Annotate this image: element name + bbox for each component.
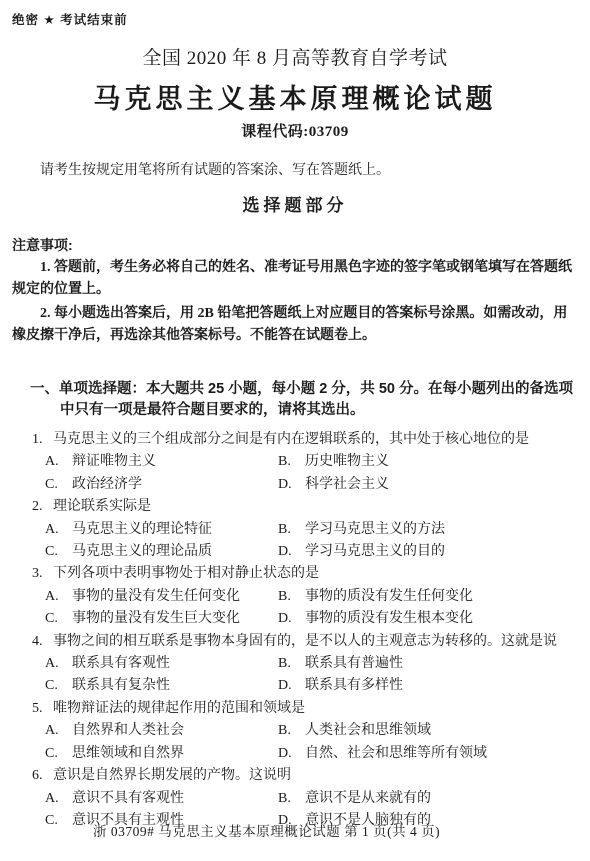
option-text: 思维领域和自然界	[72, 746, 184, 761]
option-b: B.学习马克思主义的方法	[278, 519, 578, 541]
option-label: C.	[45, 541, 72, 563]
option-b: B.历史唯物主义	[278, 451, 578, 473]
option-text: 马克思主义的理论品质	[72, 544, 212, 559]
exam-page: 绝密 ★ 考试结束前 全国 2020 年 8 月高等教育自学考试 马克思主义基本…	[0, 0, 590, 832]
option-label: C.	[45, 675, 72, 697]
option-text: 马克思主义的理论特征	[72, 522, 212, 537]
option-d: D.学习马克思主义的目的	[278, 541, 578, 563]
question-stem: 事物之间的相互联系是事物本身固有的，是不以人的主观意志为转移的。这就是说	[53, 631, 578, 653]
option-text: 科学社会主义	[305, 477, 389, 492]
section-title: 选择题部分	[12, 191, 578, 216]
option-d: D.自然、社会和思维等所有领域	[278, 743, 578, 765]
option-b: B.意识不是从来就有的	[278, 788, 578, 810]
option-label: C.	[45, 474, 72, 496]
option-a: A.马克思主义的理论特征	[45, 519, 278, 541]
option-a: A.辩证唯物主义	[45, 451, 278, 473]
option-c: C.事物的量没有发生巨大变化	[45, 608, 278, 630]
question-stem: 理论联系实际是	[53, 496, 578, 518]
option-b: B.事物的质没有发生任何变化	[278, 586, 578, 608]
question-3: 3. 下列各项中表明事物处于相对静止状态的是 A.事物的量没有发生任何变化 B.…	[12, 563, 578, 630]
question-1: 1. 马克思主义的三个组成部分之间是有内在逻辑联系的，其中处于核心地位的是 A.…	[12, 429, 578, 496]
option-b: B.人类社会和思维领域	[278, 720, 578, 742]
question-number: 5.	[32, 698, 53, 720]
option-text: 事物的质没有发生任何变化	[305, 589, 473, 604]
option-d: D.科学社会主义	[278, 474, 578, 496]
question-stem: 马克思主义的三个组成部分之间是有内在逻辑联系的，其中处于核心地位的是	[53, 429, 578, 451]
question-options: A.自然界和人类社会 B.人类社会和思维领域 C.思维领域和自然界 D.自然、社…	[45, 720, 578, 765]
option-a: A.事物的量没有发生任何变化	[45, 586, 278, 608]
exam-session: 全国 2020 年 8 月高等教育自学考试	[12, 43, 578, 70]
option-text: 事物的量没有发生任何变化	[72, 589, 240, 604]
option-text: 政治经济学	[72, 477, 142, 492]
option-b: B.联系具有普遍性	[278, 653, 578, 675]
option-text: 联系具有多样性	[305, 678, 403, 693]
question-number: 6.	[32, 765, 53, 787]
option-text: 学习马克思主义的方法	[305, 522, 445, 537]
question-number: 1.	[32, 429, 53, 451]
option-c: C.马克思主义的理论品质	[45, 541, 278, 563]
option-label: A.	[45, 519, 72, 541]
question-options: A.联系具有客观性 B.联系具有普遍性 C.联系具有复杂性 D.联系具有多样性	[45, 653, 578, 698]
option-d: D.联系具有多样性	[278, 675, 578, 697]
option-text: 自然、社会和思维等所有领域	[305, 746, 487, 761]
option-label: A.	[45, 788, 72, 810]
title-block: 全国 2020 年 8 月高等教育自学考试 马克思主义基本原理概论试题 课程代码…	[12, 43, 578, 141]
option-label: D.	[278, 608, 305, 630]
option-c: C.思维领域和自然界	[45, 743, 278, 765]
option-label: A.	[45, 586, 72, 608]
option-label: B.	[278, 653, 305, 675]
option-label: D.	[278, 541, 305, 563]
option-text: 历史唯物主义	[305, 454, 389, 469]
exam-title: 马克思主义基本原理概论试题	[12, 77, 578, 116]
option-label: C.	[45, 743, 72, 765]
option-label: D.	[278, 675, 305, 697]
question-options: A.辩证唯物主义 B.历史唯物主义 C.政治经济学 D.科学社会主义	[45, 451, 578, 496]
part-one-heading: 一、单项选择题：本大题共 25 小题，每小题 2 分，共 50 分。在每小题列出…	[30, 379, 578, 421]
option-text: 自然界和人类社会	[72, 723, 184, 738]
answer-sheet-instruction: 请考生按规定用笔将所有试题的答案涂、写在答题纸上。	[12, 160, 578, 182]
option-c: C.联系具有复杂性	[45, 675, 278, 697]
question-2: 2. 理论联系实际是 A.马克思主义的理论特征 B.学习马克思主义的方法 C.马…	[12, 496, 578, 563]
option-text: 事物的质没有发生根本变化	[305, 611, 473, 626]
option-label: C.	[45, 810, 72, 832]
option-label: C.	[45, 608, 72, 630]
option-text: 联系具有普遍性	[305, 656, 403, 671]
option-label: B.	[278, 451, 305, 473]
question-options: A.事物的量没有发生任何变化 B.事物的质没有发生任何变化 C.事物的量没有发生…	[45, 586, 578, 631]
question-stem: 意识是自然界长期发展的产物。这说明	[53, 765, 578, 787]
option-text: 联系具有复杂性	[72, 678, 170, 693]
option-text: 辩证唯物主义	[72, 454, 156, 469]
option-text: 意识不具有客观性	[72, 791, 184, 806]
option-label: B.	[278, 788, 305, 810]
question-5: 5. 唯物辩证法的规律起作用的范围和领域是 A.自然界和人类社会 B.人类社会和…	[12, 698, 578, 765]
question-options: A.马克思主义的理论特征 B.学习马克思主义的方法 C.马克思主义的理论品质 D…	[45, 519, 578, 564]
course-code: 课程代码:03709	[12, 120, 578, 141]
option-label: A.	[45, 720, 72, 742]
question-4: 4. 事物之间的相互联系是事物本身固有的，是不以人的主观意志为转移的。这就是说 …	[12, 631, 578, 698]
option-text: 联系具有客观性	[72, 656, 170, 671]
note-2: 2. 每小题选出答案后，用 2B 铅笔把答题纸上对应题目的答案标号涂黑。如需改动…	[12, 303, 578, 347]
option-a: A.意识不具有客观性	[45, 788, 278, 810]
option-label: B.	[278, 519, 305, 541]
option-label: B.	[278, 720, 305, 742]
option-c: C.政治经济学	[45, 474, 278, 496]
option-text: 人类社会和思维领域	[305, 723, 431, 738]
option-a: A.联系具有客观性	[45, 653, 278, 675]
option-text: 事物的量没有发生巨大变化	[72, 611, 240, 626]
option-label: A.	[45, 451, 72, 473]
question-number: 2.	[32, 496, 53, 518]
option-text: 学习马克思主义的目的	[305, 544, 445, 559]
option-label: B.	[278, 586, 305, 608]
classification-banner: 绝密 ★ 考试结束前	[12, 10, 578, 28]
notes-title: 注意事项:	[12, 235, 578, 255]
option-text: 意识不是从来就有的	[305, 791, 431, 806]
option-label: A.	[45, 653, 72, 675]
option-label: D.	[278, 474, 305, 496]
option-a: A.自然界和人类社会	[45, 720, 278, 742]
option-label: D.	[278, 743, 305, 765]
note-1: 1. 答题前，考生务必将自己的姓名、准考证号用黑色字迹的签字笔或钢笔填写在答题纸…	[12, 257, 578, 301]
option-d: D.事物的质没有发生根本变化	[278, 608, 578, 630]
question-stem: 下列各项中表明事物处于相对静止状态的是	[53, 563, 578, 585]
question-number: 4.	[32, 631, 53, 653]
page-footer: 浙 03709# 马克思主义基本原理概论试题 第 1 页(共 4 页)	[93, 820, 440, 840]
question-number: 3.	[32, 563, 53, 585]
question-stem: 唯物辩证法的规律起作用的范围和领域是	[53, 698, 578, 720]
